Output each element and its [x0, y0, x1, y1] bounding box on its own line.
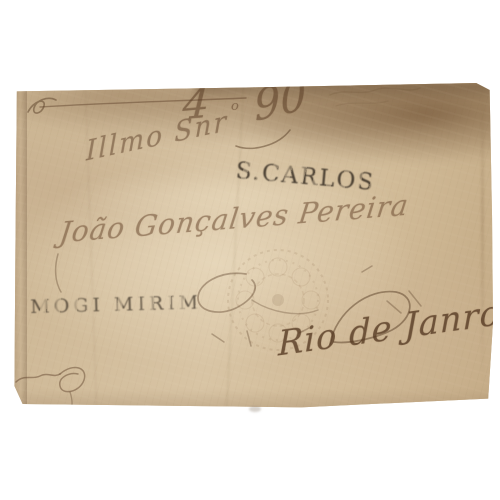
paper-speck — [249, 406, 261, 412]
folded-letter: 4 o 90 Illmo Snr João Gonçalves Pereira … — [13, 82, 493, 416]
ink-layer: 4 o 90 Illmo Snr João Gonçalves Pereira … — [0, 0, 500, 500]
cover-photo: 4 o 90 Illmo Snr João Gonçalves Pereira … — [0, 0, 500, 500]
manuscript-flourishes — [0, 0, 500, 500]
mogimirim-handstamp: MOGI MIRIM — [30, 291, 203, 317]
lower-left-scribble — [16, 367, 85, 416]
faded-writing-traces — [330, 88, 420, 106]
manuscript-rate-ordinal: o — [231, 99, 239, 114]
